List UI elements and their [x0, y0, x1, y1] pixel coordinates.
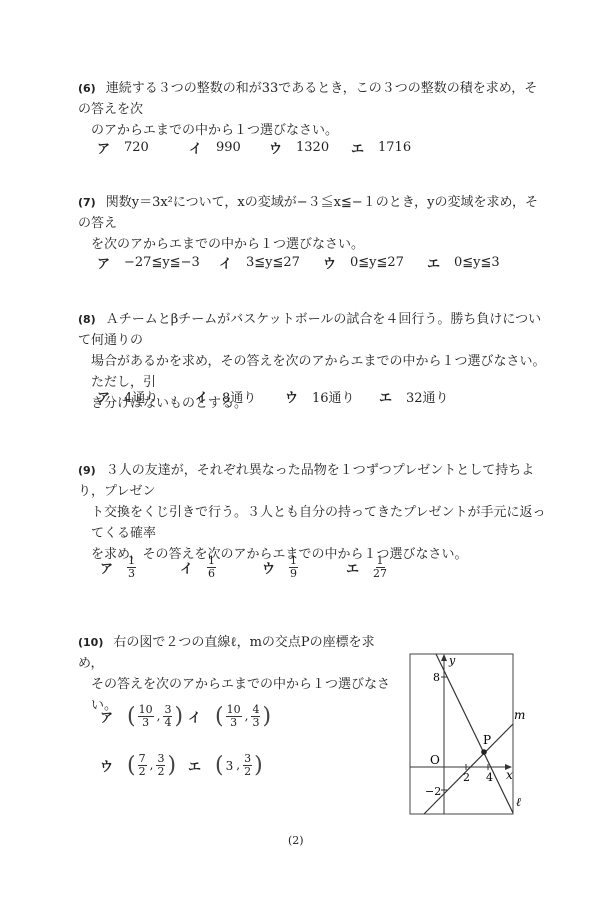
choice-label: ア	[100, 558, 113, 577]
choice-value: 1320	[296, 140, 329, 155]
choice-label: イ	[219, 253, 232, 272]
coordinate: (103,43)	[215, 704, 271, 729]
denominator: 3	[252, 717, 259, 729]
denominator: 2	[244, 766, 251, 778]
choice-label: ウ	[262, 558, 275, 577]
choice-a[interactable]: ア13	[100, 555, 180, 580]
choice-u[interactable]: ウ (72,32)	[100, 753, 188, 778]
choice-i[interactable]: イ3≦y≦27	[219, 253, 323, 272]
fraction: 127	[373, 555, 387, 580]
choice-value: 3≦y≦27	[246, 255, 300, 270]
choice-e[interactable]: エ127	[346, 555, 387, 580]
choice-a[interactable]: ア−27≦y≦−3	[97, 253, 219, 272]
denominator: 27	[373, 568, 387, 580]
choice-a[interactable]: ア (103,34)	[100, 704, 188, 729]
choice-value: 1716	[378, 140, 411, 155]
choice-e[interactable]: エ1716	[351, 138, 411, 157]
denominator: 3	[142, 717, 149, 729]
choice-u[interactable]: ウ1320	[269, 138, 351, 157]
choice-label: エ	[427, 253, 440, 272]
y-axis-arrow-icon	[441, 654, 447, 661]
choice-value: 32通り	[406, 387, 449, 406]
choice-value: 4通り	[124, 387, 158, 406]
choice-i[interactable]: イ8通り	[195, 387, 285, 406]
denominator: 2	[157, 766, 164, 778]
choice-a[interactable]: ア4通り	[97, 387, 195, 406]
choice-label: エ	[379, 387, 392, 406]
question-text-line: 連続する３つの整数の和が33であるとき，この３つの整数の積を求め，その答えを次	[78, 81, 537, 117]
choice-value: 720	[124, 140, 149, 155]
line-m	[424, 724, 513, 814]
choice-e[interactable]: エ32通り	[379, 387, 449, 406]
fraction: 16	[207, 555, 216, 580]
graph-figure: y 8 O −2 2 4 x P m ℓ	[400, 645, 540, 825]
question-text-line: Ａチームとβチームがバスケットボールの試合を４回行う。勝ち負けについて何通りの	[78, 312, 541, 348]
origin-label: O	[430, 753, 440, 767]
denominator: 2	[139, 766, 146, 778]
x-value: 3	[226, 759, 234, 773]
question-number: (9)	[78, 464, 96, 477]
choice-value: 8通り	[222, 387, 256, 406]
coordinate: (72,32)	[127, 753, 176, 778]
choice-label: イ	[189, 138, 202, 157]
choices-7: ア−27≦y≦−3 イ3≦y≦27 ウ0≦y≦27 エ0≦y≦3	[97, 253, 500, 272]
choices-10-row1: ア (103,34) イ (103,43)	[100, 704, 271, 729]
denominator: 6	[208, 568, 215, 580]
choice-label: イ	[180, 558, 193, 577]
choice-label: ウ	[100, 756, 113, 775]
question-number: (6)	[78, 82, 96, 95]
question-text-line: を次のアからエまでの中から１つ選びなさい。	[78, 234, 548, 255]
choice-i[interactable]: イ16	[180, 555, 262, 580]
choice-u[interactable]: ウ0≦y≦27	[323, 253, 427, 272]
choice-value: 990	[216, 140, 241, 155]
question-number: (7)	[78, 196, 96, 209]
line-l	[436, 654, 513, 813]
tick-label-y-8: 8	[433, 671, 440, 684]
choice-label: エ	[188, 756, 201, 775]
choice-value: 0≦y≦3	[454, 255, 500, 270]
denominator: 3	[230, 717, 237, 729]
choice-value: 0≦y≦27	[350, 255, 404, 270]
x-axis-label: x	[506, 768, 513, 782]
coordinate: (103,34)	[127, 704, 183, 729]
choice-label: ア	[97, 253, 110, 272]
denominator: 4	[164, 717, 171, 729]
question-text-line: 関数y＝3x²について，xの変域が−３≦x≦−１のとき，yの変域を求め，その答え	[78, 195, 538, 231]
coordinate: (3,32)	[215, 753, 263, 778]
line-m-label: m	[514, 708, 525, 722]
line-l-label: ℓ	[516, 795, 521, 809]
choice-value: 16通り	[312, 387, 355, 406]
y-axis-label: y	[448, 654, 456, 667]
choice-u[interactable]: ウ16通り	[285, 387, 379, 406]
choice-i[interactable]: イ (103,43)	[188, 704, 271, 729]
question-6: (6)連続する３つの整数の和が33であるとき，この３つの整数の積を求め，その答え…	[78, 78, 548, 141]
choice-label: ウ	[285, 387, 298, 406]
choices-9: ア13 イ16 ウ19 エ127	[100, 555, 387, 580]
choice-e[interactable]: エ0≦y≦3	[427, 253, 500, 272]
tick-label-x-4: 4	[486, 771, 493, 784]
question-text-line: ト交換をくじ引きで行う。３人とも自分の持ってきたプレゼントが手元に返ってくる確率	[78, 502, 548, 544]
choice-i[interactable]: イ990	[189, 138, 269, 157]
question-text-line: 右の図で２つの直線ℓ，mの交点Pの座標を求め，	[78, 635, 375, 671]
choice-label: エ	[346, 558, 359, 577]
tick-label-x-2: 2	[463, 771, 470, 784]
denominator: 3	[128, 568, 135, 580]
question-text-line: ３人の友達が，それぞれ異なった品物を１つずつプレゼントとして持ちより，プレゼン	[78, 463, 534, 499]
choice-e[interactable]: エ (3,32)	[188, 753, 263, 778]
choice-a[interactable]: ア720	[97, 138, 189, 157]
choice-label: イ	[195, 387, 208, 406]
intersection-point-p	[481, 749, 487, 755]
question-number: (10)	[78, 636, 103, 649]
fraction: 13	[127, 555, 136, 580]
choices-10-row2: ウ (72,32) エ (3,32)	[100, 753, 263, 778]
choice-label: ア	[97, 138, 110, 157]
choice-label: ア	[100, 707, 113, 726]
choices-6: ア720 イ990 ウ1320 エ1716	[97, 138, 411, 157]
question-7: (7)関数y＝3x²について，xの変域が−３≦x≦−１のとき，yの変域を求め，そ…	[78, 192, 548, 255]
choice-u[interactable]: ウ19	[262, 555, 346, 580]
choice-label: ウ	[269, 138, 282, 157]
choice-label: ア	[97, 387, 110, 406]
choice-label: エ	[351, 138, 364, 157]
choice-value: −27≦y≦−3	[124, 255, 200, 270]
question-number: (8)	[78, 313, 96, 326]
fraction: 19	[289, 555, 298, 580]
point-p-label: P	[483, 733, 491, 747]
question-9: (9)３人の友達が，それぞれ異なった品物を１つずつプレゼントとして持ちより，プレ…	[78, 460, 548, 565]
tick-label-y-neg2: −2	[425, 785, 441, 798]
denominator: 9	[290, 568, 297, 580]
choice-label: ウ	[323, 253, 336, 272]
choice-label: イ	[188, 707, 201, 726]
choices-8: ア4通り イ8通り ウ16通り エ32通り	[97, 387, 449, 406]
page-number: (2)	[288, 834, 304, 847]
